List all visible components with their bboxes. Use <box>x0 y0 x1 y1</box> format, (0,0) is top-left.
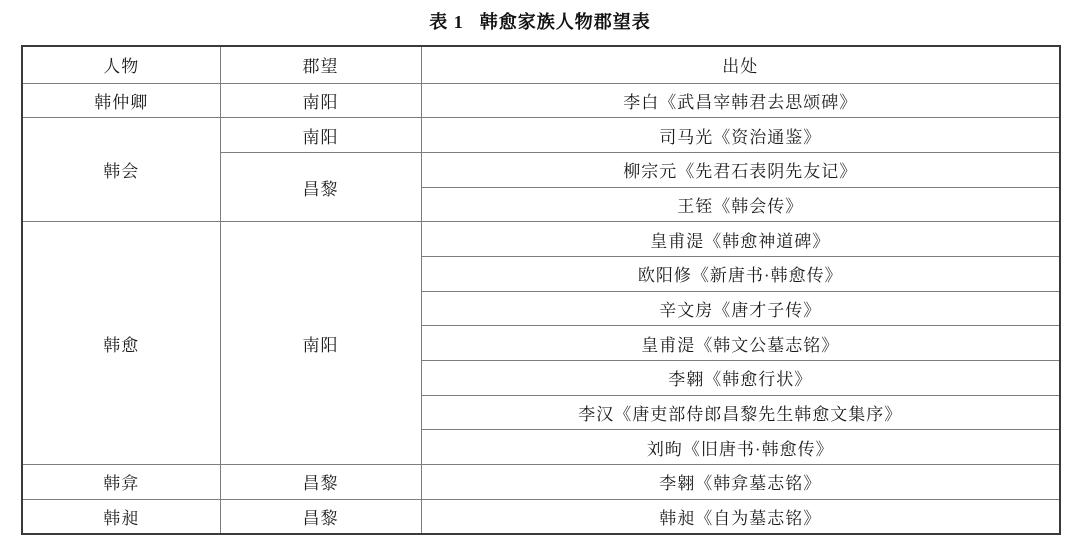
source-cell: 司马光《资治通鉴》 <box>421 118 1060 153</box>
header-person: 人物 <box>22 46 220 83</box>
junwang-cell: 南阳 <box>220 118 421 153</box>
source-cell: 王铚《韩会传》 <box>421 187 1060 222</box>
source-cell: 李白《武昌宰韩君去思颂碑》 <box>421 83 1060 118</box>
table-title: 表 1韩愈家族人物郡望表 <box>0 8 1080 34</box>
person-cell: 韩昶 <box>22 499 220 534</box>
junwang-table: 人物 郡望 出处 韩仲卿 南阳 李白《武昌宰韩君去思颂碑》 韩会 南阳 司马光《… <box>21 45 1061 535</box>
source-cell: 李翱《韩弇墓志铭》 <box>421 465 1060 500</box>
junwang-cell: 南阳 <box>220 83 421 118</box>
table-row: 韩昶 昌黎 韩昶《自为墓志铭》 <box>22 499 1060 534</box>
table-row: 韩会 南阳 司马光《资治通鉴》 <box>22 118 1060 153</box>
source-cell: 李汉《唐吏部侍郎昌黎先生韩愈文集序》 <box>421 395 1060 430</box>
source-cell: 柳宗元《先君石表阴先友记》 <box>421 152 1060 187</box>
table-row: 韩弇 昌黎 李翱《韩弇墓志铭》 <box>22 465 1060 500</box>
page: 表 1韩愈家族人物郡望表 人物 郡望 出处 韩仲卿 南阳 李白《武昌宰韩君去思颂… <box>0 0 1080 552</box>
source-cell: 辛文房《唐才子传》 <box>421 291 1060 326</box>
source-cell: 皇甫湜《韩文公墓志铭》 <box>421 326 1060 361</box>
person-cell: 韩会 <box>22 118 220 222</box>
junwang-cell: 昌黎 <box>220 465 421 500</box>
person-cell: 韩愈 <box>22 222 220 465</box>
source-cell: 刘昫《旧唐书·韩愈传》 <box>421 430 1060 465</box>
person-cell: 韩仲卿 <box>22 83 220 118</box>
junwang-cell: 昌黎 <box>220 499 421 534</box>
source-cell: 李翱《韩愈行状》 <box>421 361 1060 396</box>
source-cell: 欧阳修《新唐书·韩愈传》 <box>421 256 1060 291</box>
table-row: 韩仲卿 南阳 李白《武昌宰韩君去思颂碑》 <box>22 83 1060 118</box>
header-row: 人物 郡望 出处 <box>22 46 1060 83</box>
source-cell: 皇甫湜《韩愈神道碑》 <box>421 222 1060 257</box>
table-row: 韩愈 南阳 皇甫湜《韩愈神道碑》 <box>22 222 1060 257</box>
source-cell: 韩昶《自为墓志铭》 <box>421 499 1060 534</box>
table-number-label: 表 1 <box>429 12 464 32</box>
junwang-cell: 南阳 <box>220 222 421 465</box>
header-junwang: 郡望 <box>220 46 421 83</box>
table-title-text: 韩愈家族人物郡望表 <box>480 12 651 32</box>
header-source: 出处 <box>421 46 1060 83</box>
person-cell: 韩弇 <box>22 465 220 500</box>
junwang-cell: 昌黎 <box>220 152 421 221</box>
